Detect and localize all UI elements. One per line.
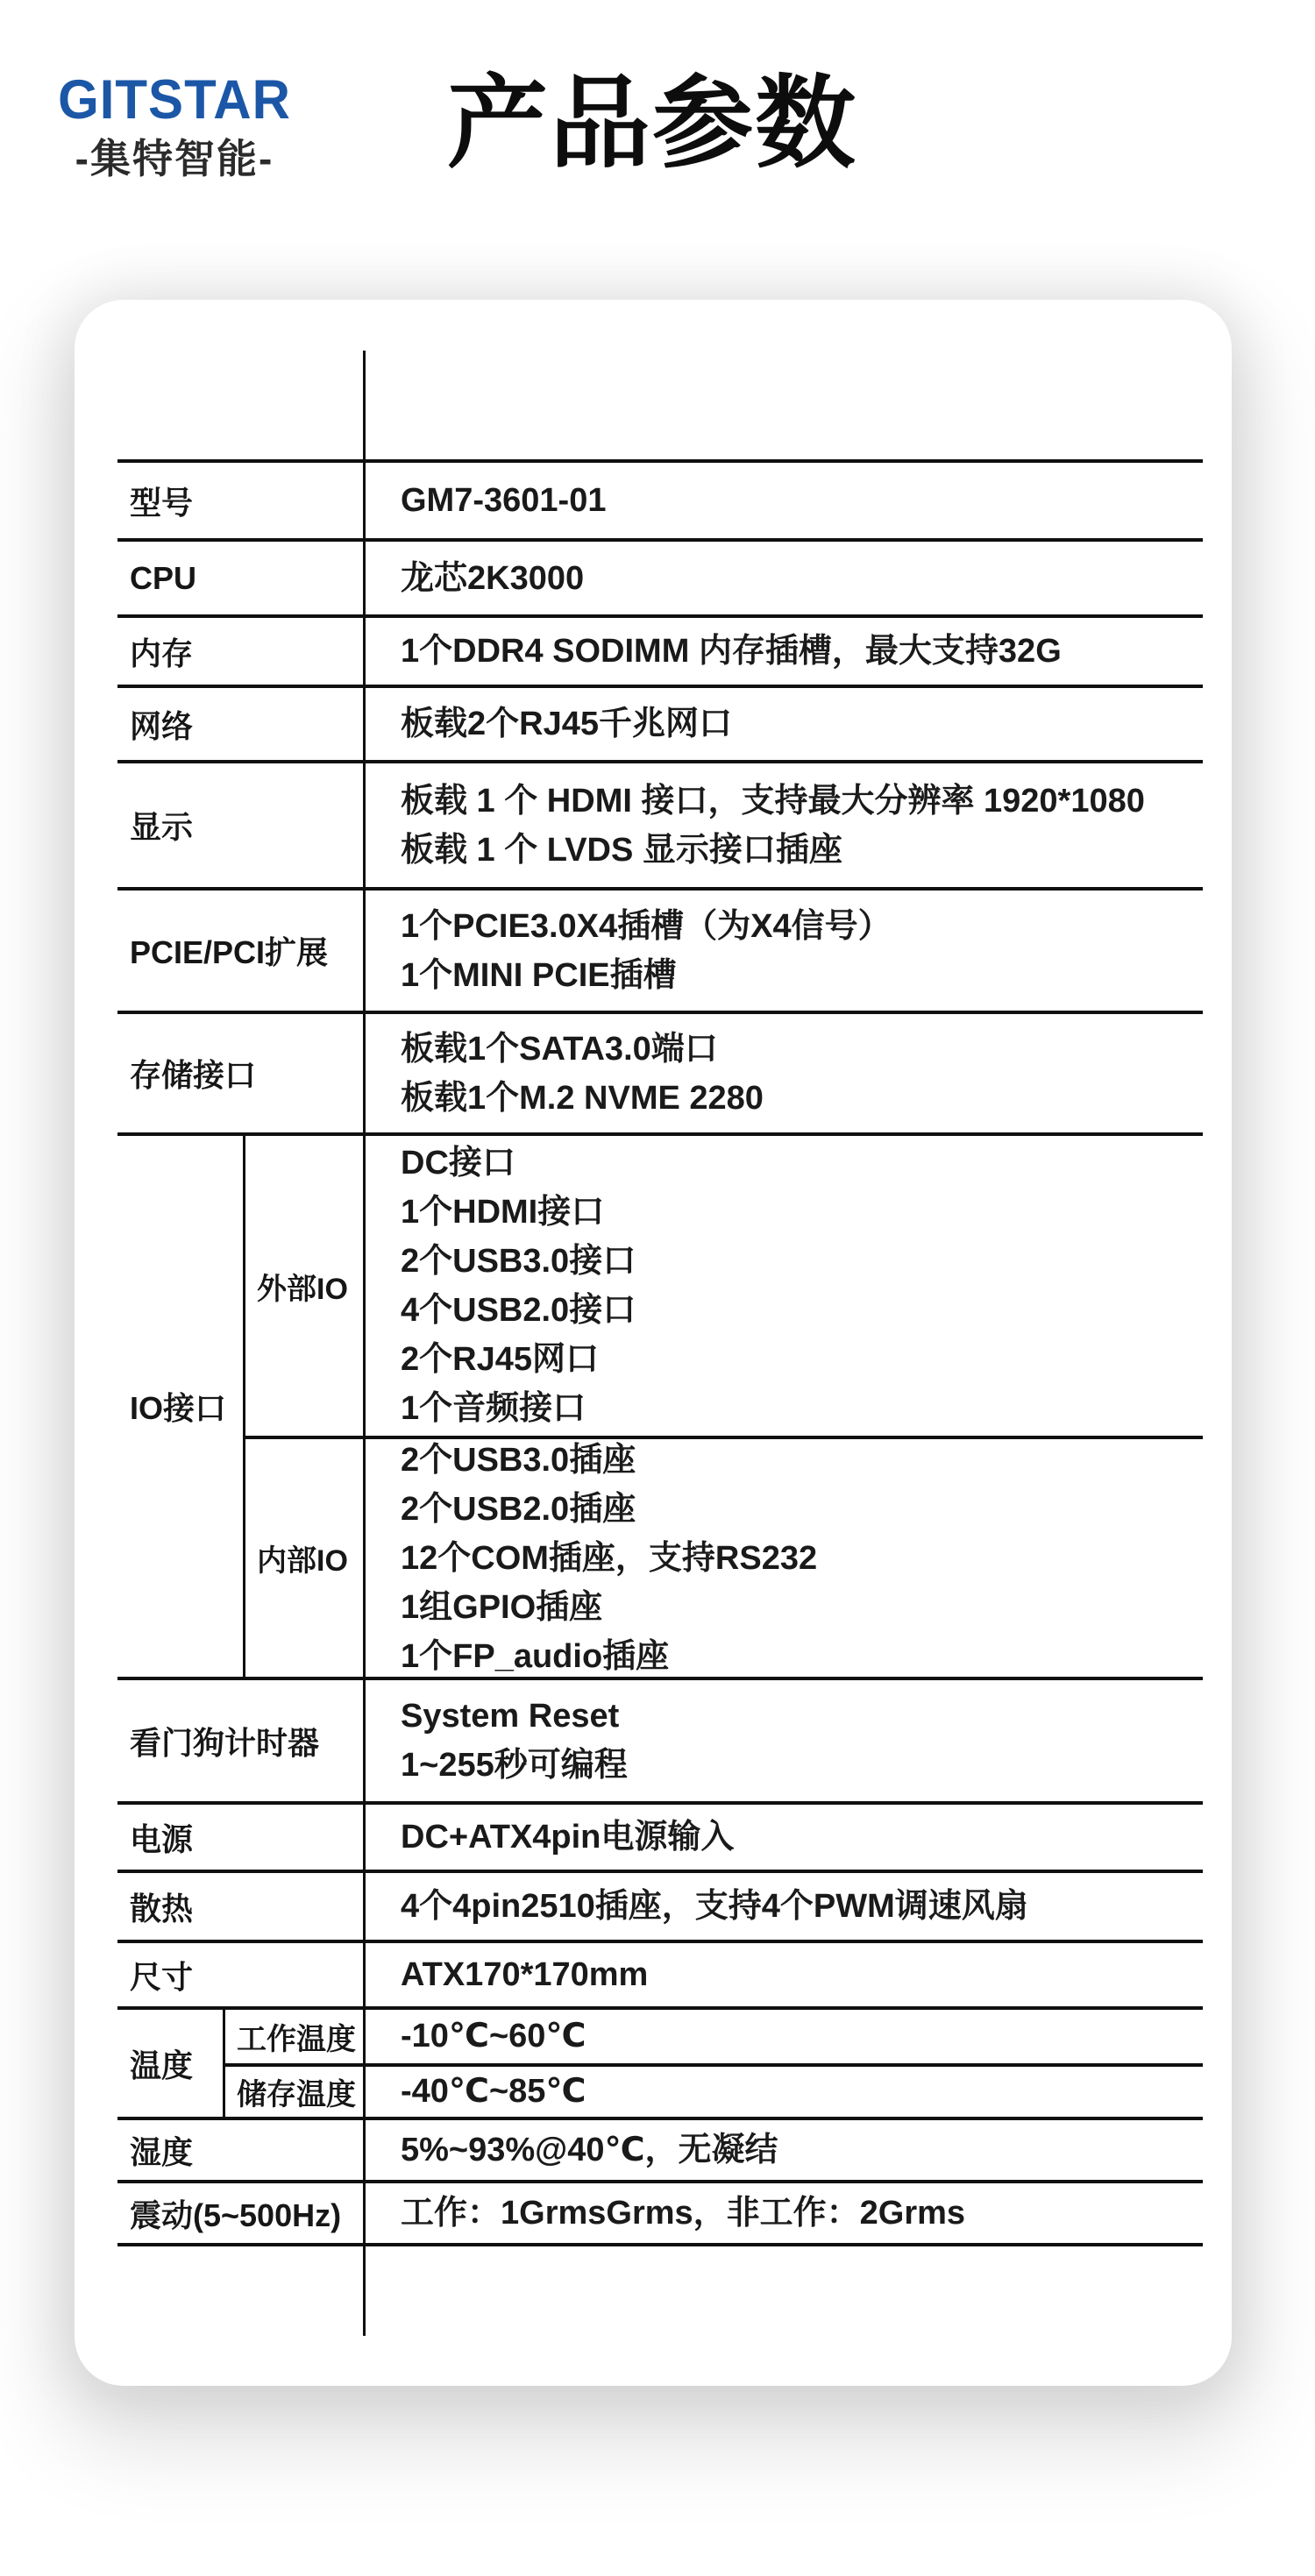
table-row: IO接口外部IODC接口1个HDMI接口2个USB3.0接口4个USB2.0接口… [117, 1132, 1203, 1677]
page-title: 产品参数 [447, 68, 877, 180]
row-label: 存储接口 [117, 1014, 363, 1132]
table-row: 型号GM7-3601-01 [117, 459, 1203, 538]
spacer-left [117, 351, 363, 459]
product-spec-page: { "logo": { "brand": "GITSTAR", "subtitl… [0, 0, 1315, 2576]
row-sublabel: 工作温度 [223, 2010, 363, 2063]
table-row: 震动(5~500Hz)工作：1GrmsGrms，非工作：2Grms [117, 2180, 1203, 2246]
row-value: 5%~93%@40℃，无凝结 [363, 2120, 1203, 2180]
row-value: System Reset1~255秒可编程 [363, 1680, 1203, 1801]
table-row: 湿度5%~93%@40℃，无凝结 [117, 2117, 1203, 2180]
row-label: 散热 [117, 1873, 363, 1940]
row-value: -10℃~60℃ [363, 2010, 1203, 2063]
row-sublabel: 外部IO [243, 1136, 363, 1436]
row-value: 2个USB3.0插座2个USB2.0插座12个COM插座，支持RS2321组GP… [363, 1439, 1203, 1677]
row-value-line: 工作：1GrmsGrms，非工作：2Grms [401, 2189, 965, 2238]
brand-logo-text: GITSTAR [56, 73, 293, 128]
row-value: 板载1个SATA3.0端口板载1个M.2 NVME 2280 [363, 1014, 1203, 1132]
row-value: 4个4pin2510插座，支持4个PWM调速风扇 [363, 1873, 1203, 1940]
row-value-line: 2个USB3.0插座 [401, 1436, 636, 1485]
table-row: 温度工作温度-10℃~60℃储存温度-40℃~85℃ [117, 2006, 1203, 2117]
row-value-line: DC接口 [401, 1139, 515, 1188]
row-value-line: 1个HDMI接口 [401, 1188, 604, 1237]
row-label: 震动(5~500Hz) [117, 2183, 363, 2243]
row-label: 湿度 [117, 2120, 363, 2180]
row-label: 尺寸 [117, 1943, 363, 2006]
row-value: 工作：1GrmsGrms，非工作：2Grms [363, 2183, 1203, 2243]
spacer-left [117, 2246, 363, 2336]
row-value-line: -10℃~60℃ [401, 2012, 586, 2061]
row-value-line: -40℃~85℃ [401, 2067, 586, 2116]
brand-logo: GITSTAR -集特智能- [56, 74, 293, 179]
row-value-line: 2个USB3.0接口 [401, 1237, 636, 1286]
row-value-line: 1个FP_audio插座 [401, 1632, 669, 1681]
spacer-right [363, 351, 1203, 459]
row-value-line: 板载2个RJ45千兆网口 [401, 699, 732, 749]
table-row: 存储接口板载1个SATA3.0端口板载1个M.2 NVME 2280 [117, 1011, 1203, 1132]
row-label: 显示 [117, 763, 363, 887]
spec-card: 型号GM7-3601-01CPU龙芯2K3000内存1个DDR4 SODIMM … [75, 300, 1232, 2386]
row-label: 温度 [117, 2010, 223, 2117]
row-value-line: 板载 1 个 HDMI 接口，支持最大分辨率 1920*1080 [401, 777, 1145, 826]
row-value: ATX170*170mm [363, 1943, 1203, 2006]
row-value-line: 2个USB2.0插座 [401, 1485, 636, 1534]
table-row: CPU龙芯2K3000 [117, 538, 1203, 614]
row-value-line: 4个USB2.0接口 [401, 1286, 636, 1335]
row-value-line: 12个COM插座，支持RS232 [401, 1534, 817, 1583]
table-top-spacer [117, 351, 1203, 459]
row-label: CPU [117, 542, 363, 614]
spacer-right [363, 2246, 1203, 2336]
row-value-line: GM7-3601-01 [401, 476, 606, 525]
row-value: -40℃~85℃ [363, 2067, 1203, 2117]
table-bottom-spacer [117, 2246, 1203, 2336]
row-value: DC接口1个HDMI接口2个USB3.0接口4个USB2.0接口2个RJ45网口… [363, 1136, 1203, 1436]
row-label: 电源 [117, 1805, 363, 1870]
row-value: 板载 1 个 HDMI 接口，支持最大分辨率 1920*1080板载 1 个 L… [363, 763, 1203, 887]
row-value-line: 2个RJ45网口 [401, 1335, 599, 1384]
table-row: 尺寸ATX170*170mm [117, 1940, 1203, 2006]
row-sublabel: 储存温度 [223, 2067, 363, 2117]
row-value-line: 板载 1 个 LVDS 显示接口插座 [401, 826, 842, 875]
table-subrow: 工作温度-10℃~60℃ [223, 2010, 1203, 2063]
row-sublabel: 内部IO [243, 1439, 363, 1677]
row-value: 龙芯2K3000 [363, 542, 1203, 614]
table-row: PCIE/PCI扩展1个PCIE3.0X4插槽（为X4信号）1个MINI PCI… [117, 887, 1203, 1011]
row-label: PCIE/PCI扩展 [117, 891, 363, 1011]
row-value-line: 1个音频接口 [401, 1384, 586, 1433]
row-value: 1个DDR4 SODIMM 内存插槽，最大支持32G [363, 618, 1203, 685]
table-subrow: 内部IO2个USB3.0插座2个USB2.0插座12个COM插座，支持RS232… [243, 1436, 1203, 1677]
row-value-line: 1个PCIE3.0X4插槽（为X4信号） [401, 902, 892, 951]
row-value-line: DC+ATX4pin电源输入 [401, 1813, 734, 1862]
row-value-line: 龙芯2K3000 [401, 554, 584, 603]
spec-table: 型号GM7-3601-01CPU龙芯2K3000内存1个DDR4 SODIMM … [117, 351, 1203, 2336]
table-subrow: 外部IODC接口1个HDMI接口2个USB3.0接口4个USB2.0接口2个RJ… [243, 1136, 1203, 1436]
row-value-line: 板载1个M.2 NVME 2280 [401, 1074, 764, 1123]
table-row: 电源DC+ATX4pin电源输入 [117, 1801, 1203, 1870]
row-value-line: 1~255秒可编程 [401, 1741, 628, 1790]
table-row: 散热4个4pin2510插座，支持4个PWM调速风扇 [117, 1870, 1203, 1940]
row-value: 板载2个RJ45千兆网口 [363, 688, 1203, 760]
row-value: GM7-3601-01 [363, 463, 1203, 538]
table-subrow: 储存温度-40℃~85℃ [223, 2063, 1203, 2117]
table-row: 显示板载 1 个 HDMI 接口，支持最大分辨率 1920*1080板载 1 个… [117, 760, 1203, 887]
row-value-line: 板载1个SATA3.0端口 [401, 1025, 718, 1074]
row-value-line: 1个MINI PCIE插槽 [401, 951, 677, 1000]
row-label: 网络 [117, 688, 363, 760]
row-value: DC+ATX4pin电源输入 [363, 1805, 1203, 1870]
row-label: 内存 [117, 618, 363, 685]
row-label: IO接口 [117, 1136, 243, 1677]
row-label: 看门狗计时器 [117, 1680, 363, 1801]
row-value-line: 1个DDR4 SODIMM 内存插槽，最大支持32G [401, 627, 1062, 676]
row-value-line: 1组GPIO插座 [401, 1583, 602, 1632]
row-value-line: 5%~93%@40℃，无凝结 [401, 2125, 778, 2175]
row-value-line: 4个4pin2510插座，支持4个PWM调速风扇 [401, 1882, 1028, 1931]
row-value-line: System Reset [401, 1692, 619, 1741]
table-row: 内存1个DDR4 SODIMM 内存插槽，最大支持32G [117, 614, 1203, 685]
row-subgroup: 外部IODC接口1个HDMI接口2个USB3.0接口4个USB2.0接口2个RJ… [243, 1136, 1203, 1677]
row-label: 型号 [117, 463, 363, 538]
row-subgroup: 工作温度-10℃~60℃储存温度-40℃~85℃ [223, 2010, 1203, 2117]
row-value: 1个PCIE3.0X4插槽（为X4信号）1个MINI PCIE插槽 [363, 891, 1203, 1011]
row-value-line: ATX170*170mm [401, 1950, 648, 1999]
brand-logo-subtitle: -集特智能- [56, 138, 293, 179]
table-row: 网络板载2个RJ45千兆网口 [117, 685, 1203, 760]
table-row: 看门狗计时器System Reset1~255秒可编程 [117, 1677, 1203, 1801]
